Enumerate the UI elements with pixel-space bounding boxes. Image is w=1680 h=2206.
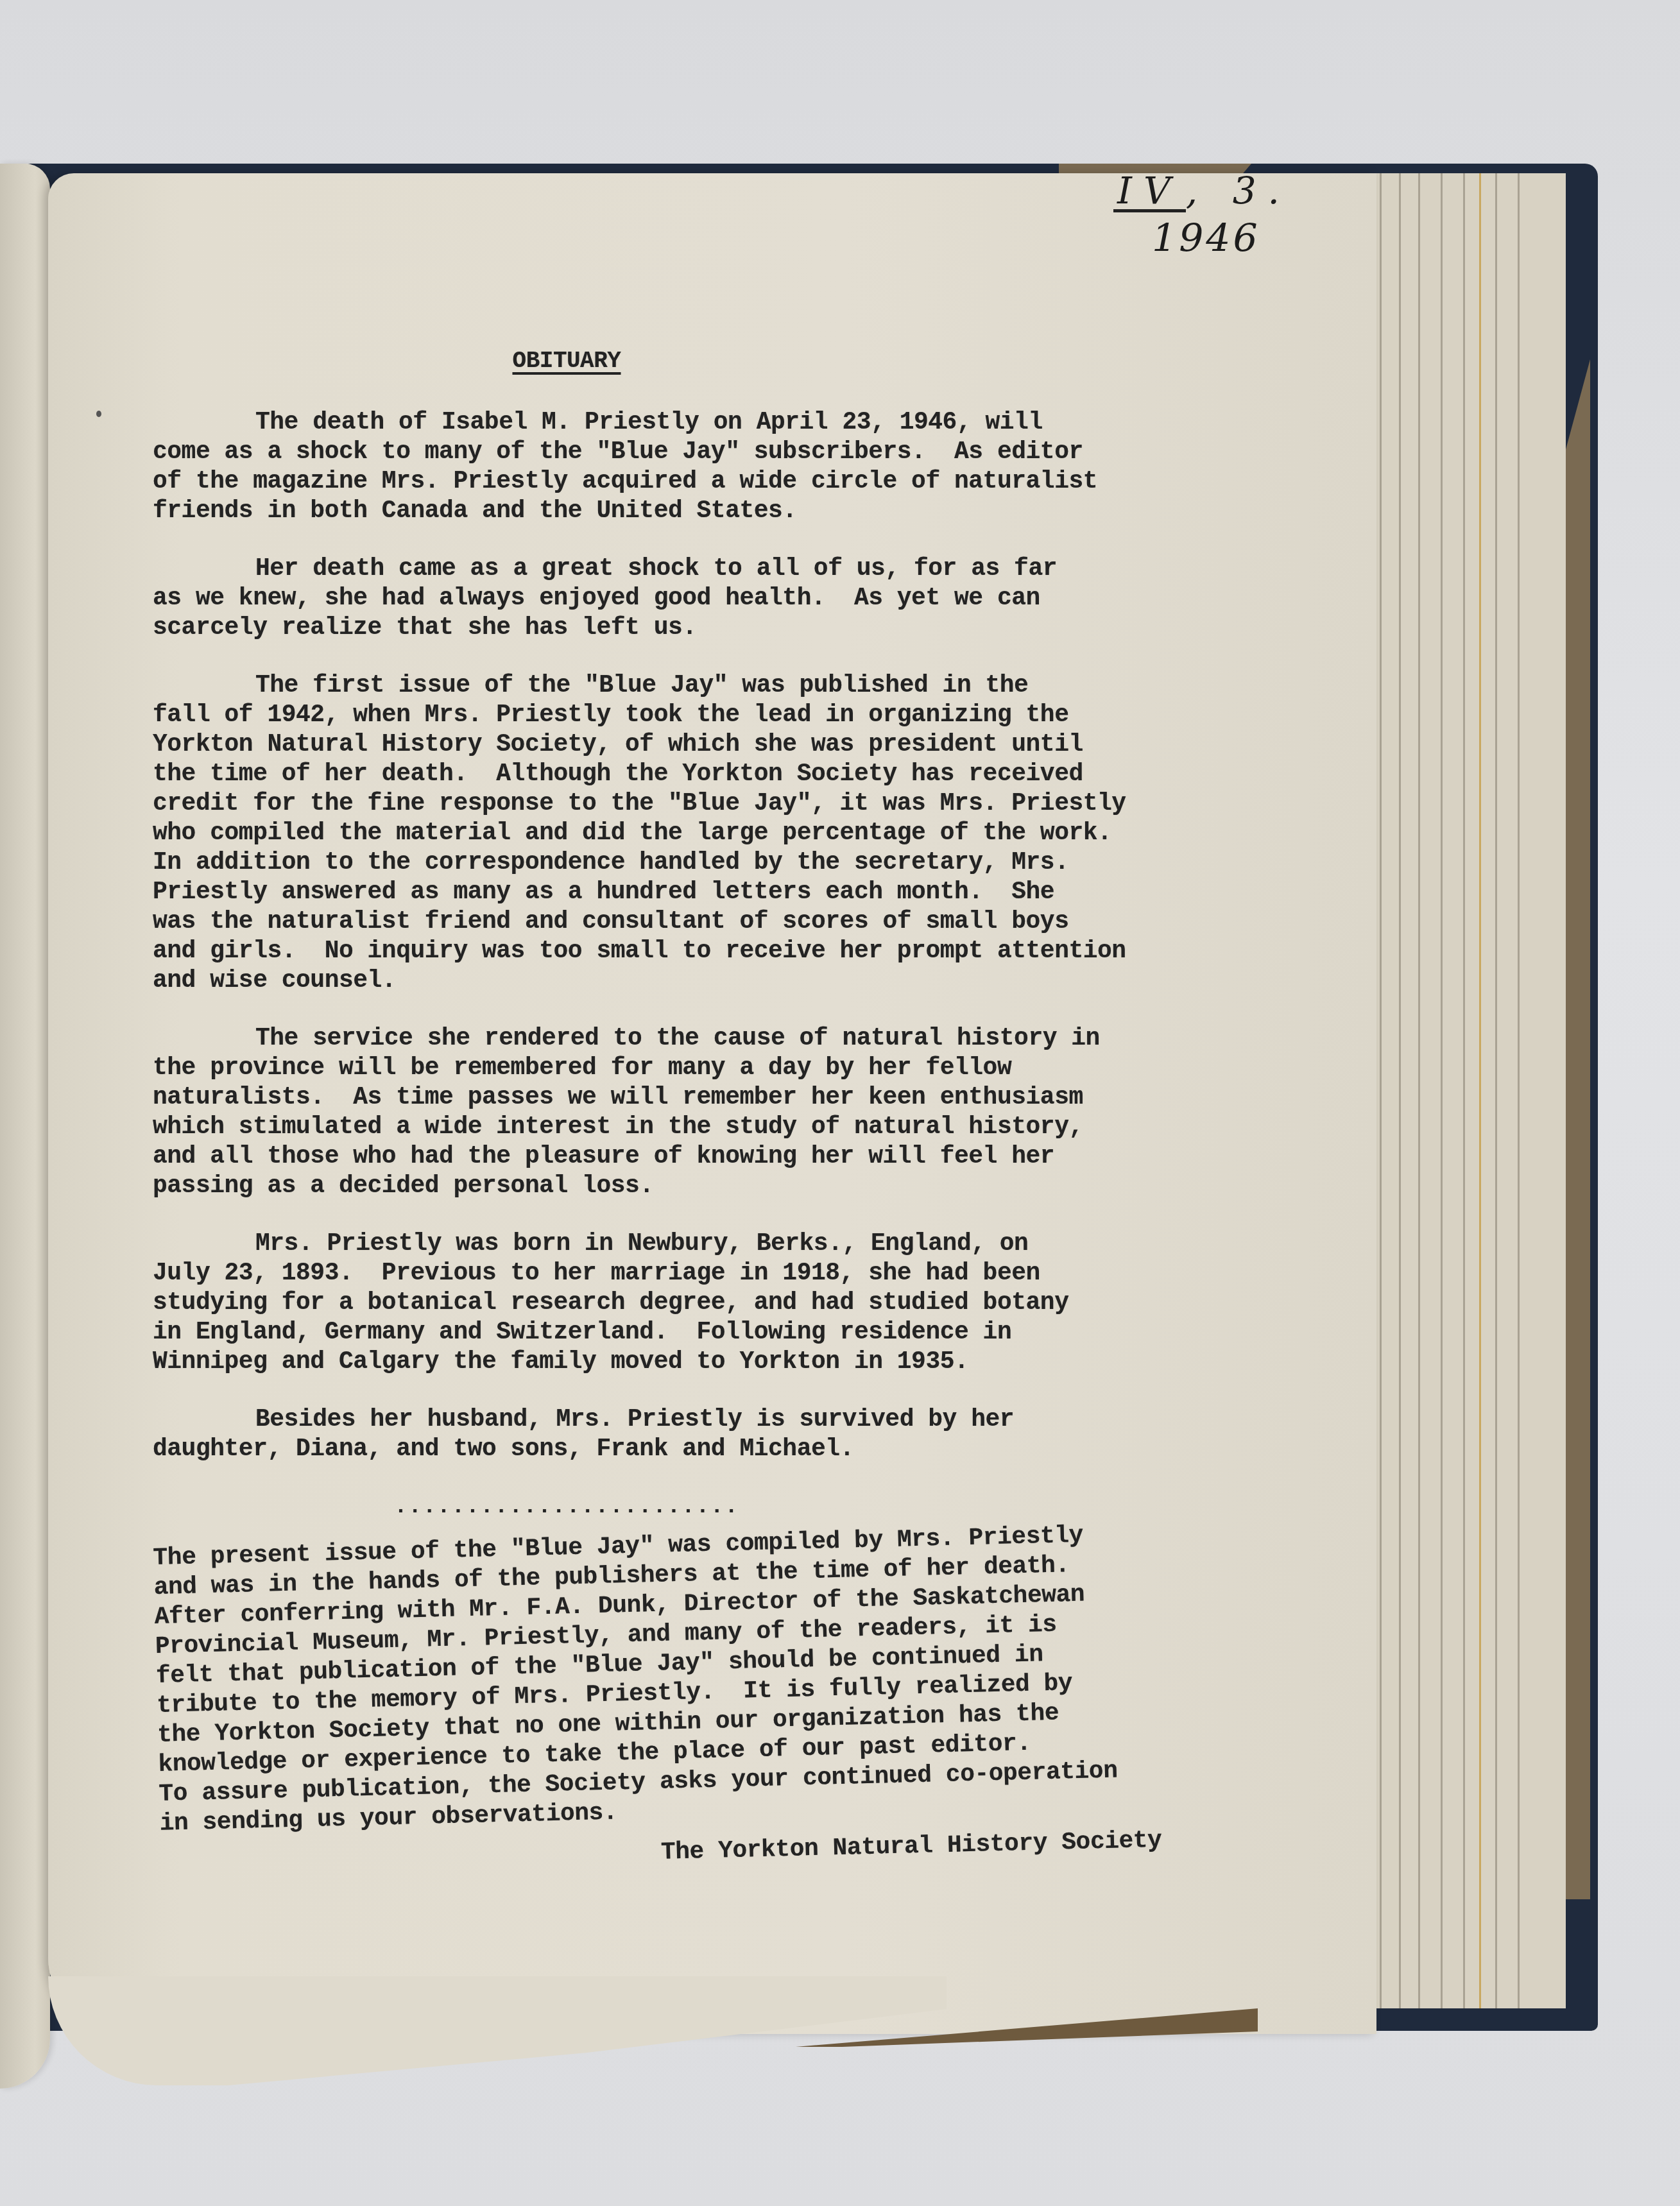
text-line: and all those who had the pleasure of kn… bbox=[153, 1142, 1167, 1172]
text-line: Mrs. Priestly was born in Newbury, Berks… bbox=[153, 1229, 1167, 1259]
text-line: which stimulated a wide interest in the … bbox=[153, 1113, 1167, 1142]
paragraph: The service she rendered to the cause of… bbox=[153, 1024, 1167, 1201]
typed-text-block: OBITUARY The death of Isabel M. Priestly… bbox=[153, 346, 1167, 1880]
text-line: Yorkton Natural History Society, of whic… bbox=[153, 730, 1167, 760]
text-line: who compiled the material and did the la… bbox=[153, 819, 1167, 848]
handwritten-volume: IV bbox=[1113, 172, 1186, 212]
text-line: as we knew, she had always enjoyed good … bbox=[153, 584, 1167, 613]
paragraph: The first issue of the "Blue Jay" was pu… bbox=[153, 671, 1167, 996]
handwritten-year: 1946 bbox=[1152, 216, 1291, 261]
text-line: Her death came as a great shock to all o… bbox=[153, 554, 1167, 584]
text-line: friends in both Canada and the United St… bbox=[153, 497, 1167, 526]
closing-paragraph: The present issue of the "Blue Jay" was … bbox=[153, 1519, 1174, 1838]
obituary-paragraphs: The death of Isabel M. Priestly on April… bbox=[153, 408, 1167, 1464]
paragraph: Mrs. Priestly was born in Newbury, Berks… bbox=[153, 1229, 1167, 1377]
text-line: Besides her husband, Mrs. Priestly is su… bbox=[153, 1405, 1167, 1435]
text-line: of the magazine Mrs. Priestly acquired a… bbox=[153, 467, 1167, 497]
text-line: the province will be remembered for many… bbox=[153, 1054, 1167, 1083]
text-line: in England, Germany and Switzerland. Fol… bbox=[153, 1318, 1167, 1347]
paragraph: The death of Isabel M. Priestly on April… bbox=[153, 408, 1167, 526]
text-line: Winnipeg and Calgary the family moved to… bbox=[153, 1347, 1167, 1377]
page-title: OBITUARY bbox=[153, 346, 981, 376]
paragraph: Besides her husband, Mrs. Priestly is su… bbox=[153, 1405, 1167, 1464]
handwritten-annotation: IV, 3. 1946 bbox=[1113, 172, 1291, 261]
paragraph: Her death came as a great shock to all o… bbox=[153, 554, 1167, 643]
text-line: naturalists. As time passes we will reme… bbox=[153, 1083, 1167, 1113]
text-line: The death of Isabel M. Priestly on April… bbox=[153, 408, 1167, 438]
text-line: scarcely realize that she has left us. bbox=[153, 613, 1167, 643]
closing-section: The present issue of the "Blue Jay" was … bbox=[153, 1519, 1174, 1879]
text-line: come as a shock to many of the "Blue Jay… bbox=[153, 438, 1167, 467]
text-line: and girls. No inquiry was too small to r… bbox=[153, 937, 1167, 966]
text-line: was the naturalist friend and consultant… bbox=[153, 907, 1167, 937]
handwritten-issue: 3 bbox=[1233, 169, 1268, 212]
text-line: Priestly answered as many as a hundred l… bbox=[153, 878, 1167, 907]
text-line: The first issue of the "Blue Jay" was pu… bbox=[153, 671, 1167, 701]
text-line: and wise counsel. bbox=[153, 966, 1167, 996]
paper-speck bbox=[96, 411, 101, 417]
text-line: daughter, Diana, and two sons, Frank and… bbox=[153, 1435, 1167, 1464]
text-line: the time of her death. Although the York… bbox=[153, 760, 1167, 789]
text-line: studying for a botanical research degree… bbox=[153, 1288, 1167, 1318]
text-line: passing as a decided personal loss. bbox=[153, 1172, 1167, 1201]
handwritten-volume-issue: IV, 3. bbox=[1113, 172, 1291, 212]
text-line: In addition to the correspondence handle… bbox=[153, 848, 1167, 878]
text-line: The service she rendered to the cause of… bbox=[153, 1024, 1167, 1054]
text-line: fall of 1942, when Mrs. Priestly took th… bbox=[153, 701, 1167, 730]
text-line: credit for the fine response to the "Blu… bbox=[153, 789, 1167, 819]
previous-page-edge bbox=[0, 164, 50, 2089]
section-divider: ........................ bbox=[153, 1492, 981, 1522]
text-line: July 23, 1893. Previous to her marriage … bbox=[153, 1259, 1167, 1288]
